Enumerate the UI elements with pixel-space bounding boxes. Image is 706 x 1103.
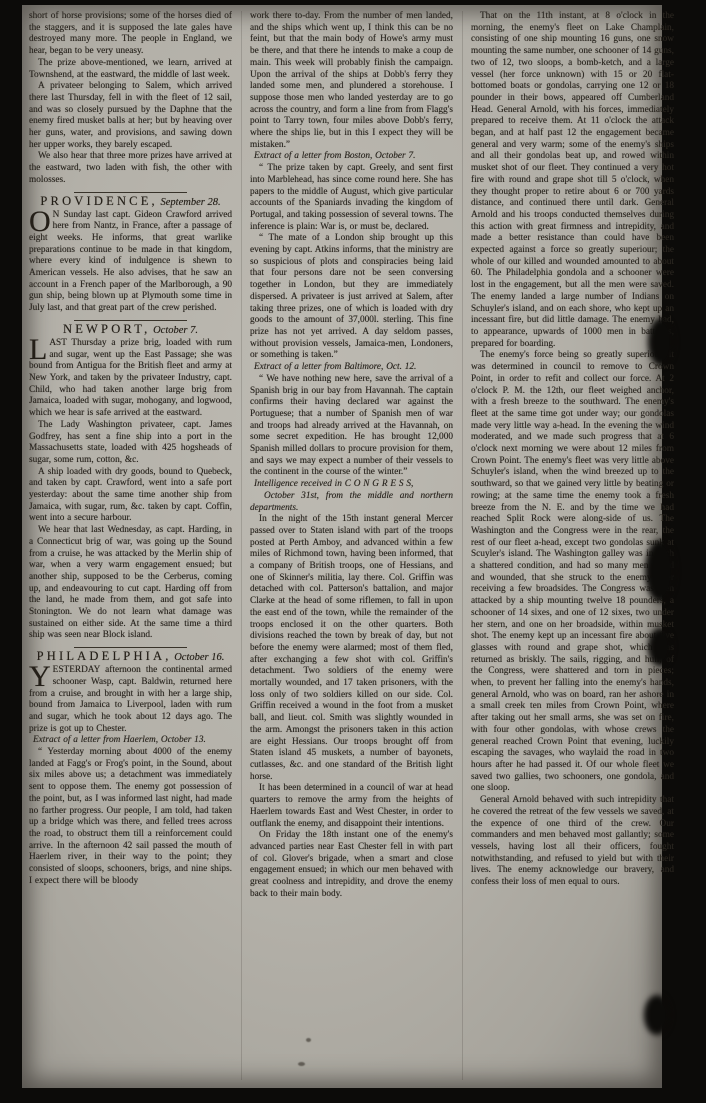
film-artifact <box>645 540 675 602</box>
dateline-city: PHILADELPHIA, <box>37 649 172 663</box>
paragraph: work there to-day. From the number of me… <box>250 11 453 151</box>
paragraph: “ We have nothing new here, save the arr… <box>250 374 453 479</box>
paragraph: In the night of the 15th instant general… <box>250 514 453 783</box>
section-rule <box>74 647 188 648</box>
paragraph: “ Yesterday morning about 4000 of the en… <box>29 747 232 887</box>
paragraph: We hear that last Wednesday, as capt. Ha… <box>29 525 232 642</box>
drop-cap: O <box>29 210 53 233</box>
paragraph: LAST Thursday a prize brig, loaded with … <box>29 338 232 420</box>
paragraph: That on the 11th instant, at 8 o'clock i… <box>471 11 674 350</box>
ink-speck <box>306 1038 311 1042</box>
dateline-heading: NEWPORT, October 7. <box>29 324 232 337</box>
paragraph: On Friday the 18th instant one of the en… <box>250 830 453 900</box>
paragraph: short of horse provisions; some of the h… <box>29 11 232 58</box>
dateline-heading: PHILADELPHIA, October 16. <box>29 651 232 664</box>
extract-caption: Extract of a letter from Boston, October… <box>250 151 453 163</box>
paragraph: General Arnold behaved with such intrepi… <box>471 795 674 889</box>
paragraph: YESTERDAY afternoon the continental arme… <box>29 665 232 735</box>
paragraph: A privateer belonging to Salem, which ar… <box>29 81 232 151</box>
paragraph: “ The mate of a London ship brought up t… <box>250 233 453 362</box>
paragraph: “ The prize taken by capt. Greely, and s… <box>250 163 453 233</box>
paragraph: ON Sunday last capt. Gideon Crawford arr… <box>29 210 232 315</box>
paragraph: The Lady Washington privateer, capt. Jam… <box>29 420 232 467</box>
drop-cap: L <box>29 338 49 361</box>
paragraph: A ship loaded with dry goods, bound to Q… <box>29 467 232 526</box>
section-rule <box>74 320 188 321</box>
column-middle: work there to-day. From the number of me… <box>241 11 453 1080</box>
extract-caption: October 31st, from the middle and northe… <box>250 491 453 514</box>
film-artifact <box>644 995 670 1035</box>
paragraph: We also hear that three more prizes have… <box>29 151 232 186</box>
extract-caption: Extract of a letter from Haerlem, Octobe… <box>29 735 232 747</box>
newspaper-page: short of horse provisions; some of the h… <box>22 5 662 1088</box>
section-rule <box>74 192 188 193</box>
dateline-date: October 7. <box>150 325 198 336</box>
dateline-date: September 28. <box>158 197 221 208</box>
dateline-date: October 16. <box>172 652 225 663</box>
paragraph: It has been determined in a council of w… <box>250 783 453 830</box>
dateline-heading: PROVIDENCE, September 28. <box>29 196 232 209</box>
column-right: That on the 11th instant, at 8 o'clock i… <box>462 11 674 1080</box>
drop-cap: Y <box>29 665 53 688</box>
paragraph: The enemy's force being so greatly super… <box>471 350 674 795</box>
dateline-city: PROVIDENCE, <box>40 194 158 208</box>
ink-speck <box>298 1062 305 1066</box>
film-artifact <box>648 318 674 366</box>
extract-caption: Intelligence received in C O N G R E S S… <box>250 479 453 491</box>
column-layout: short of horse provisions; some of the h… <box>29 11 655 1080</box>
extract-caption: Extract of a letter from Baltimore, Oct.… <box>250 362 453 374</box>
paragraph: The prize above-mentioned, we learn, arr… <box>29 58 232 81</box>
photographed-newspaper-scan: { "columns": [ { "blocks": [ {"type":"p"… <box>0 0 706 1103</box>
column-left: short of horse provisions; some of the h… <box>29 11 232 1080</box>
dateline-city: NEWPORT, <box>63 322 150 336</box>
film-artifact <box>648 628 672 666</box>
